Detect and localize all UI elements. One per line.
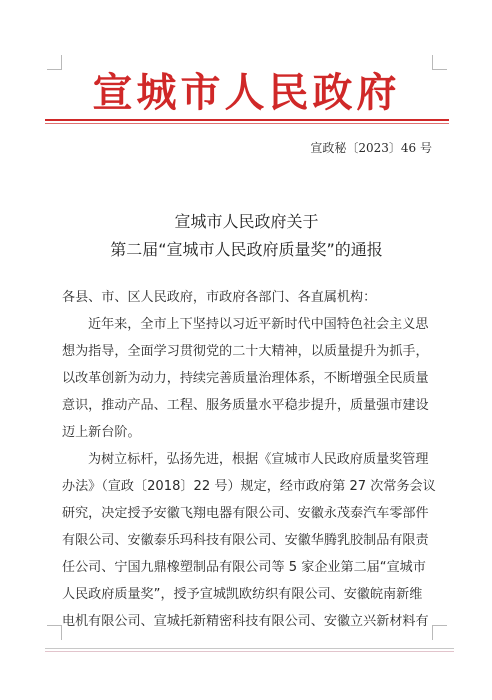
- paragraph-line: 有限公司、安徽泰乐玛科技有限公司、安徽华腾乳胶制品有限责: [62, 527, 434, 554]
- document-body: 各县、市、区人民政府，市政府各部门、各直属机构： 近年来，全市上下坚持以习近平新…: [62, 284, 434, 635]
- paragraph-line: 为树立标杆，弘扬先进，根据《宣城市人民政府质量奖管理: [62, 446, 434, 473]
- masthead-red-rule: [45, 119, 449, 121]
- paragraph-line: 研究，决定授予安徽飞翔电器有限公司、安徽永茂泰汽车零部件: [62, 500, 434, 527]
- paragraph-1: 近年来，全市上下坚持以习近平新时代中国特色社会主义思 想为指导，全面学习贯彻党的…: [62, 311, 434, 446]
- salutation: 各县、市、区人民政府，市政府各部门、各直属机构：: [62, 284, 434, 311]
- footer-rule-secondary: [45, 651, 454, 652]
- paragraph-2: 为树立标杆，弘扬先进，根据《宣城市人民政府质量奖管理 办法》（宣政〔2018〕2…: [62, 446, 434, 635]
- document-number: 宣政秘〔2023〕46 号: [310, 139, 432, 157]
- footer-rule: [45, 648, 454, 649]
- paragraph-line: 迈上新台阶。: [62, 419, 434, 446]
- paragraph-line: 以改革创新为动力，持续完善质量治理体系，不断增强全民质量: [62, 365, 434, 392]
- paragraph-line: 办法》（宣政〔2018〕22 号）规定，经市政府第 27 次常务会议: [62, 473, 434, 500]
- corner-mark-bottom-right: [432, 625, 447, 640]
- paragraph-line: 电机有限公司、宣城托新精密科技有限公司、安徽立兴新材料有: [62, 608, 434, 635]
- paragraph-line: 想为指导，全面学习贯彻党的二十大精神，以质量提升为抓手，: [62, 338, 434, 365]
- paragraph-line: 任公司、宁国九鼎橡塑制品有限公司等 5 家企业第二届“宣城市: [62, 554, 434, 581]
- masthead-title: 宣城市人民政府: [45, 68, 448, 118]
- paragraph-line: 近年来，全市上下坚持以习近平新时代中国特色社会主义思: [62, 311, 434, 338]
- masthead-red-rule-thin: [45, 123, 449, 124]
- document-title-line-2: 第二届“宣城市人民政府质量奖”的通报: [45, 236, 448, 264]
- corner-mark-bottom-left: [47, 625, 62, 640]
- document-title-line-1: 宣城市人民政府关于: [45, 208, 448, 236]
- paragraph-line: 人民政府质量奖”，授予宣城凯欧纺织有限公司、安徽皖南新维: [62, 581, 434, 608]
- paragraph-line: 意识，推动产品、工程、服务质量水平稳步提升，质量强市建设: [62, 392, 434, 419]
